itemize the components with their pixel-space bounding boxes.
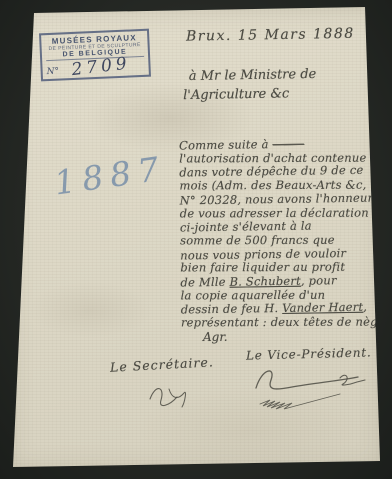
body-line-text: de vous adresser la déclaration: [180, 205, 369, 220]
secretary-title: Le Secrétaire.: [110, 354, 214, 374]
body-line: somme de 500 francs que: [180, 233, 380, 248]
stamp-number-value: 2709: [70, 53, 131, 80]
body-line-text: représentant : deux têtes de nègre: [181, 315, 390, 330]
body-line-text-after: , pour: [301, 273, 337, 288]
vice-president-signature: [246, 358, 380, 416]
letter-paper: MUSÉES ROYAUX DE PEINTURE ET DE SCULPTUR…: [0, 0, 392, 479]
stamp-number-label: N°: [46, 67, 59, 78]
body-line-text: somme de 500 francs que: [180, 233, 335, 248]
dateline: Brux. 15 Mars 1888: [186, 25, 376, 44]
recipient-block: à Mr le Ministre de l'Agriculture &c: [183, 65, 317, 105]
body-line-underlined-text: B. Schubert: [229, 274, 301, 289]
body-line-text-after: ,: [363, 300, 367, 314]
stamp-number: N° 2709: [46, 55, 153, 80]
letter-body: Comme suite à ——— l'autorisation d'achat…: [179, 137, 381, 331]
body-line-underlined-text: Vander Haert: [282, 300, 363, 315]
body-line-struck-text: ———: [272, 137, 304, 151]
year-pencil-annotation: 1887: [52, 148, 168, 202]
scan-background: MUSÉES ROYAUX DE PEINTURE ET DE SCULPTUR…: [0, 0, 392, 479]
museum-registry-stamp: MUSÉES ROYAUX DE PEINTURE ET DE SCULPTUR…: [39, 29, 151, 82]
secretary-paraph-signature: [143, 377, 197, 413]
recipient-line2: l'Agriculture &c: [183, 84, 317, 105]
recipient-line1: à Mr le Ministre de: [189, 65, 317, 86]
body-line: représentant : deux têtes de nègre: [181, 316, 381, 331]
closing-abbreviation: Agr.: [203, 330, 228, 344]
